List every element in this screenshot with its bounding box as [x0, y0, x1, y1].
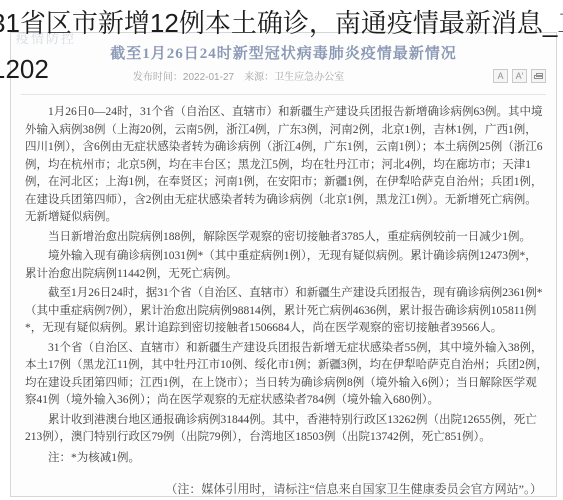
- paragraph-cumulative: 截至1月26日24时，据31个省（自治区、直辖市）和新疆生产建设兵团报告，现有确…: [25, 285, 548, 338]
- asterisk-note: 注：*为核减1例。: [25, 450, 548, 468]
- page-title-line2: 1202: [0, 46, 563, 92]
- paragraph-recovered: 当日新增治愈出院病例188例，解除医学观察的密切接触者3785人，重症病例较前一…: [25, 229, 548, 247]
- article-body: 1月26日0—24时，31个省（自治区、直辖市）和新疆生产建设兵团报告新增确诊病…: [11, 95, 556, 499]
- page-title-line1: 31省区市新增12例本土确诊，南通疫情最新消息_工: [0, 0, 563, 46]
- paragraph-new-confirmed: 1月26日0—24时，31个省（自治区、直辖市）和新疆生产建设兵团报告新增确诊病…: [25, 104, 548, 227]
- media-citation-note: （注：媒体引用时，请标注“信息来自国家卫生健康委员会官方网站”。）: [25, 481, 548, 499]
- paragraph-asymptomatic: 31个省（自治区、直辖市）和新疆生产建设兵团报告新增无症状感染者55例，其中境外…: [25, 340, 548, 410]
- paragraph-hk-mo-tw: 累计收到港澳台地区通报确诊病例31844例。其中，香港特别行政区13262例（出…: [25, 412, 548, 447]
- nhc-announcement-screenshot: 截至1月26日24时新型冠状病毒肺炎疫情最新情况 发布时间：2022-01-27…: [10, 32, 557, 497]
- paragraph-imported: 境外输入现有确诊病例1031例*（其中重症病例1例），无现有疑似病例。累计确诊病…: [25, 248, 548, 283]
- page-title: 31省区市新增12例本土确诊，南通疫情最新消息_工 1202: [0, 0, 563, 92]
